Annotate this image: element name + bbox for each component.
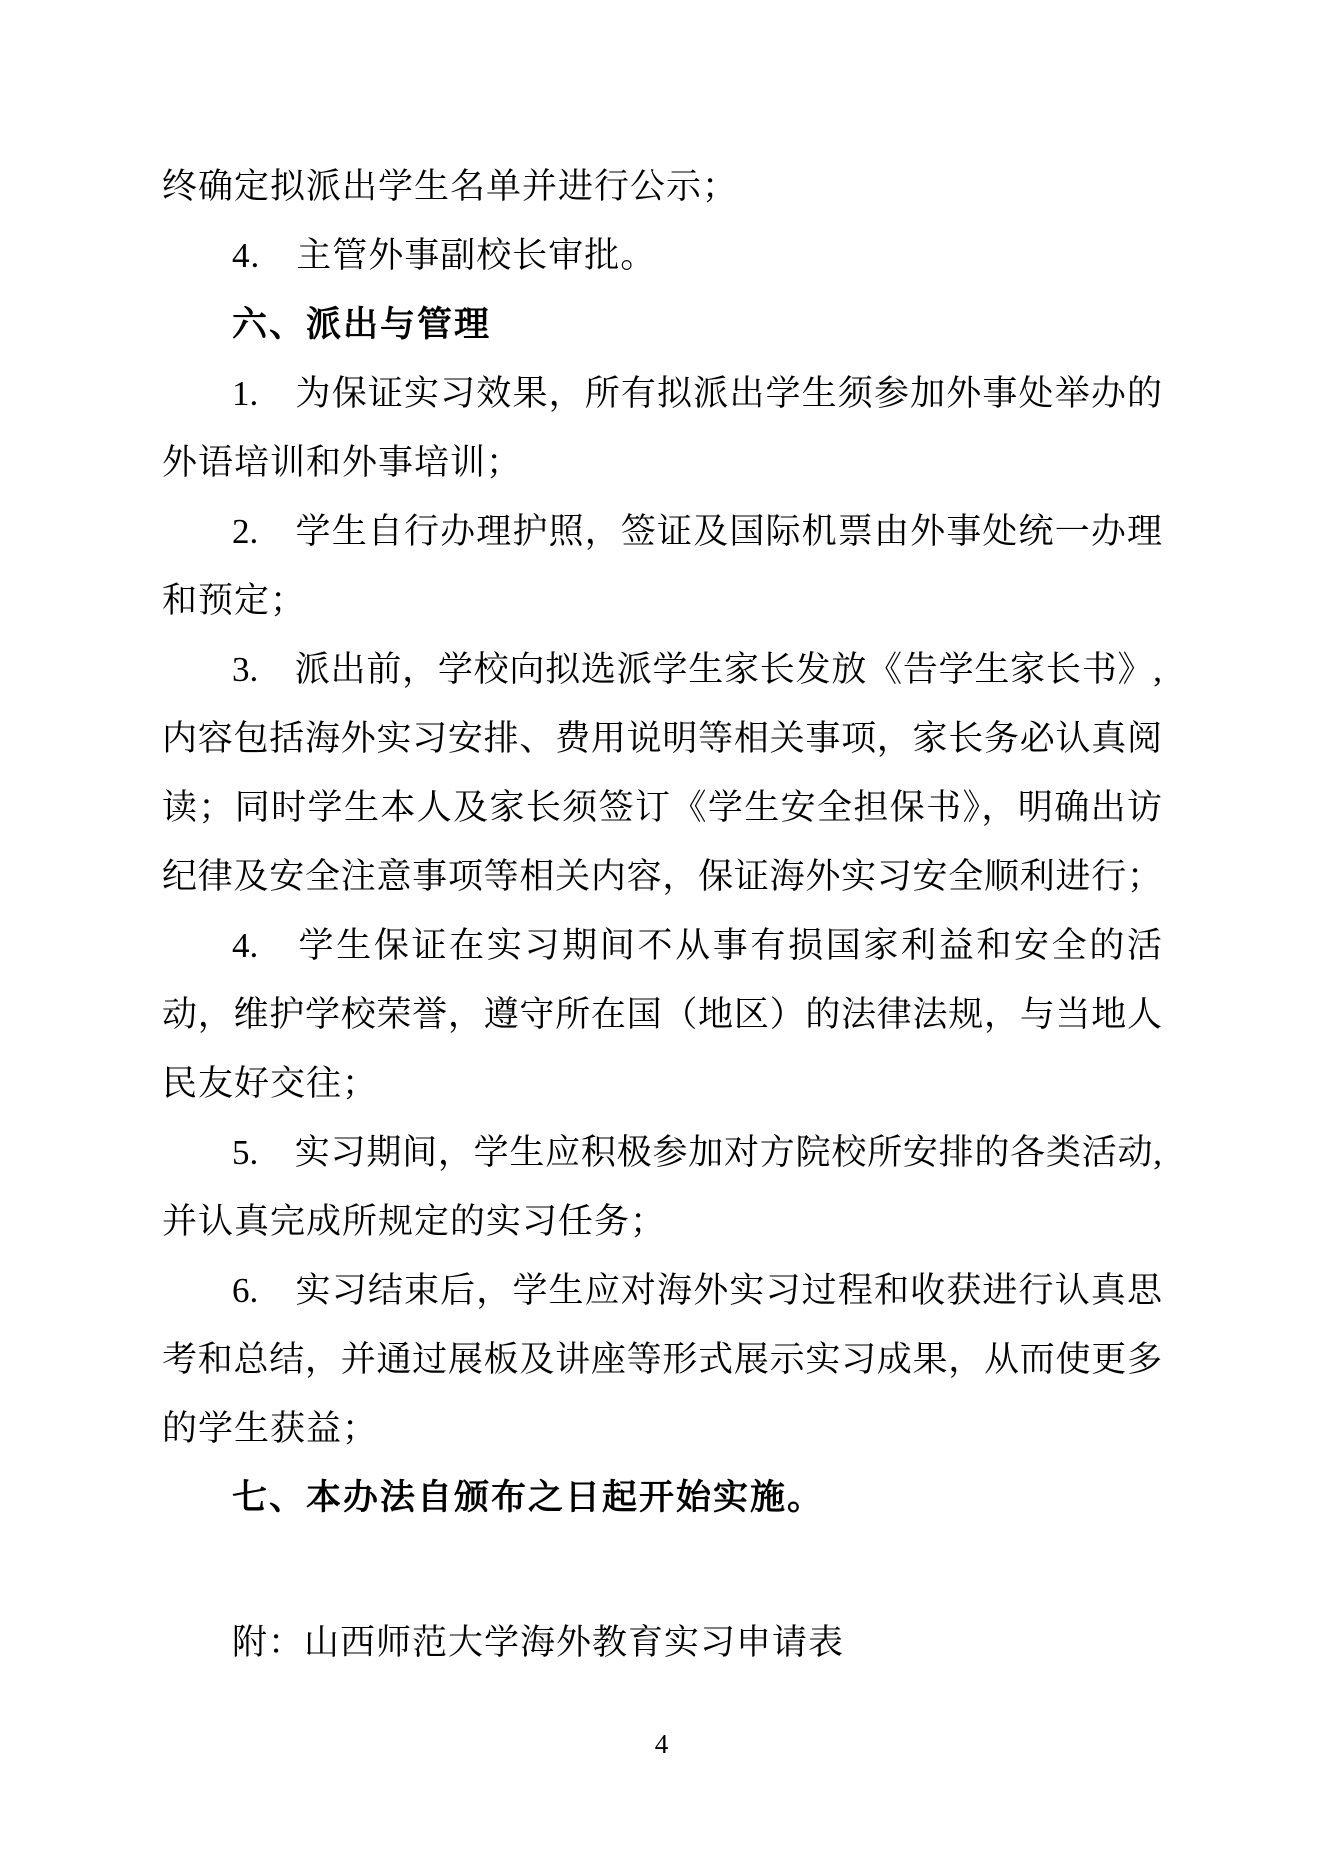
item-3-parents-line-2: 内容包括海外实习安排、费用说明等相关事项，家长务必认真阅 (162, 704, 1162, 773)
item-6-summary-line-3: 的学生获益； (162, 1394, 1162, 1463)
item-2-passport-line-2: 和预定； (162, 566, 1162, 635)
item-4-guarantee-line-1: 4. 学生保证在实习期间不从事有损国家利益和安全的活 (162, 911, 1162, 980)
attachment-note: 附：山西师范大学海外教育实习申请表 (162, 1608, 1162, 1677)
item-4-guarantee-line-3: 民友好交往； (162, 1049, 1162, 1118)
document-page: 终确定拟派出学生名单并进行公示； 4. 主管外事副校长审批。 六、派出与管理 1… (0, 0, 1323, 1871)
item-3-parents-line-1: 3. 派出前，学校向拟选派学生家长发放《告学生家长书》, (162, 635, 1162, 704)
continuation-line: 终确定拟派出学生名单并进行公示； (162, 152, 1162, 221)
item-1-training-line-1: 1. 为保证实习效果，所有拟派出学生须参加外事处举办的 (162, 359, 1162, 428)
item-4-guarantee-line-2: 动，维护学校荣誉，遵守所在国（地区）的法律法规，与当地人 (162, 980, 1162, 1049)
section-6-heading: 六、派出与管理 (162, 290, 1162, 359)
item-3-parents-line-4: 纪律及安全注意事项等相关内容，保证海外实习安全顺利进行； (162, 842, 1162, 911)
item-5-activities-line-2: 并认真完成所规定的实习任务； (162, 1187, 1162, 1256)
item-5-activities-line-1: 5. 实习期间，学生应积极参加对方院校所安排的各类活动, (162, 1118, 1162, 1187)
item-1-training-line-2: 外语培训和外事培训； (162, 428, 1162, 497)
page-number: 4 (0, 1726, 1323, 1762)
page-body: 终确定拟派出学生名单并进行公示； 4. 主管外事副校长审批。 六、派出与管理 1… (162, 152, 1162, 1677)
item-6-summary-line-1: 6. 实习结束后，学生应对海外实习过程和收获进行认真思 (162, 1256, 1162, 1325)
section-7-heading: 七、本办法自颁布之日起开始实施。 (162, 1463, 1162, 1532)
item-2-passport-line-1: 2. 学生自行办理护照，签证及国际机票由外事处统一办理 (162, 497, 1162, 566)
step-4-approval-line: 4. 主管外事副校长审批。 (162, 221, 1162, 290)
item-6-summary-line-2: 考和总结，并通过展板及讲座等形式展示实习成果，从而使更多 (162, 1325, 1162, 1394)
item-3-parents-line-3: 读；同时学生本人及家长须签订《学生安全担保书》，明确出访 (162, 773, 1162, 842)
